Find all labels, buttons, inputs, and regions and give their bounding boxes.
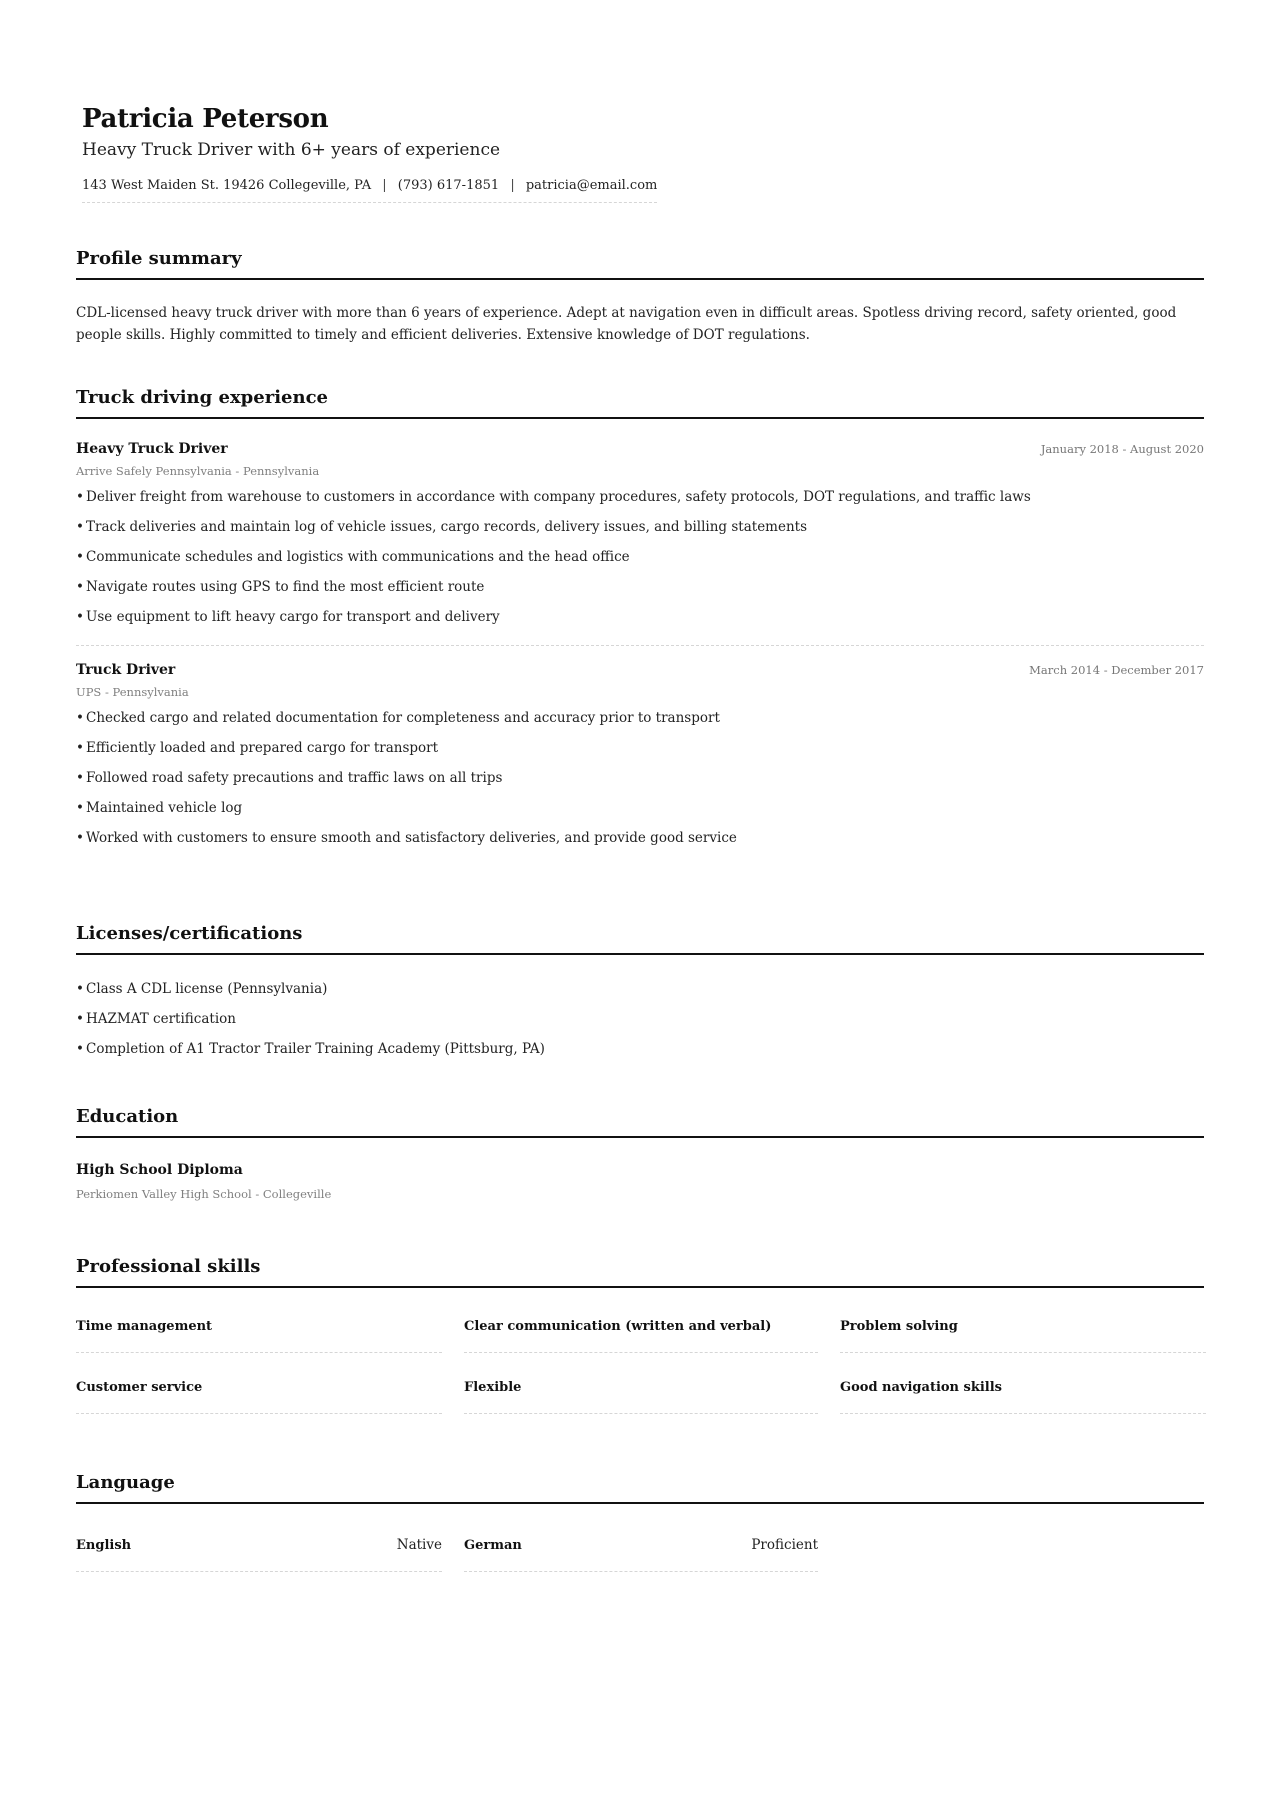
contact-phone[interactable]: (793) 617-1851 bbox=[398, 178, 499, 193]
resume-header: Patricia Peterson Heavy Truck Driver wit… bbox=[82, 102, 682, 203]
education-degree: High School Diploma bbox=[76, 1160, 1204, 1180]
bullet-icon: • bbox=[76, 768, 86, 788]
bullet-icon: • bbox=[76, 1039, 86, 1059]
list-item: •Navigate routes using GPS to find the m… bbox=[76, 577, 1204, 597]
contact-address: 143 West Maiden St. 19426 Collegeville, … bbox=[82, 178, 371, 193]
contact-email[interactable]: patricia@email.com bbox=[526, 178, 658, 193]
language-level: Proficient bbox=[751, 1536, 818, 1554]
bullet-text: Efficiently loaded and prepared cargo fo… bbox=[86, 740, 438, 756]
skill-item: Time management bbox=[76, 1318, 442, 1353]
license-text: Class A CDL license (Pennsylvania) bbox=[86, 981, 327, 997]
list-item: •HAZMAT certification bbox=[76, 1009, 1204, 1029]
language-name: German bbox=[464, 1537, 522, 1555]
bullet-icon: • bbox=[76, 487, 86, 507]
bullet-text: Communicate schedules and logistics with… bbox=[86, 549, 630, 565]
skill-item: Flexible bbox=[464, 1379, 818, 1414]
bullet-text: Use equipment to lift heavy cargo for tr… bbox=[86, 609, 500, 625]
skills-grid: Time management Clear communication (wri… bbox=[76, 1318, 1204, 1414]
bullet-text: Maintained vehicle log bbox=[86, 800, 242, 816]
section-title: Professional skills bbox=[76, 1254, 1204, 1288]
list-item: •Class A CDL license (Pennsylvania) bbox=[76, 979, 1204, 999]
list-item: •Efficiently loaded and prepared cargo f… bbox=[76, 738, 1204, 758]
candidate-headline: Heavy Truck Driver with 6+ years of expe… bbox=[82, 138, 682, 162]
skill-item: Clear communication (written and verbal) bbox=[464, 1318, 818, 1353]
list-item: •Deliver freight from warehouse to custo… bbox=[76, 487, 1204, 507]
language-item: German Proficient bbox=[464, 1536, 818, 1572]
job-bullet-list: •Deliver freight from warehouse to custo… bbox=[76, 487, 1204, 627]
job-bullet-list: •Checked cargo and related documentation… bbox=[76, 708, 1204, 848]
bullet-icon: • bbox=[76, 607, 86, 627]
job-company: UPS - Pennsylvania bbox=[76, 684, 1204, 700]
job-title: Truck Driver bbox=[76, 660, 175, 680]
license-text: Completion of A1 Tractor Trailer Trainin… bbox=[86, 1041, 545, 1057]
section-title: Education bbox=[76, 1104, 1204, 1138]
contact-line: 143 West Maiden St. 19426 Collegeville, … bbox=[82, 176, 657, 203]
job-dates: March 2014 - December 2017 bbox=[1029, 663, 1204, 677]
section-experience: Truck driving experience Heavy Truck Dri… bbox=[76, 385, 1204, 848]
job-company: Arrive Safely Pennsylvania - Pennsylvani… bbox=[76, 463, 1204, 479]
job-dates: January 2018 - August 2020 bbox=[1041, 442, 1204, 456]
list-item: •Track deliveries and maintain log of ve… bbox=[76, 517, 1204, 537]
bullet-text: Track deliveries and maintain log of veh… bbox=[86, 519, 807, 535]
section-language: Language English Native German Proficien… bbox=[76, 1470, 1204, 1572]
bullet-text: Worked with customers to ensure smooth a… bbox=[86, 830, 737, 846]
language-level: Native bbox=[397, 1536, 442, 1554]
education-school: Perkiomen Valley High School - Collegevi… bbox=[76, 1186, 1204, 1202]
section-title: Licenses/certifications bbox=[76, 921, 1204, 955]
bullet-icon: • bbox=[76, 708, 86, 728]
contact-separator: | bbox=[510, 178, 514, 193]
list-item: •Followed road safety precautions and tr… bbox=[76, 768, 1204, 788]
section-title: Profile summary bbox=[76, 246, 1204, 280]
bullet-text: Followed road safety precautions and tra… bbox=[86, 770, 502, 786]
skill-item: Problem solving bbox=[840, 1318, 1206, 1353]
language-name: English bbox=[76, 1537, 131, 1555]
bullet-icon: • bbox=[76, 798, 86, 818]
job-title: Heavy Truck Driver bbox=[76, 439, 228, 459]
bullet-text: Checked cargo and related documentation … bbox=[86, 710, 720, 726]
section-education: Education High School Diploma Perkiomen … bbox=[76, 1104, 1204, 1202]
bullet-icon: • bbox=[76, 979, 86, 999]
bullet-icon: • bbox=[76, 738, 86, 758]
section-title: Language bbox=[76, 1470, 1204, 1504]
section-title: Truck driving experience bbox=[76, 385, 1204, 419]
licenses-list: •Class A CDL license (Pennsylvania) •HAZ… bbox=[76, 979, 1204, 1059]
license-text: HAZMAT certification bbox=[86, 1011, 236, 1027]
bullet-icon: • bbox=[76, 1009, 86, 1029]
list-item: •Communicate schedules and logistics wit… bbox=[76, 547, 1204, 567]
bullet-icon: • bbox=[76, 517, 86, 537]
skill-item: Customer service bbox=[76, 1379, 442, 1414]
candidate-name: Patricia Peterson bbox=[82, 102, 682, 136]
bullet-icon: • bbox=[76, 828, 86, 848]
section-profile-summary: Profile summary CDL-licensed heavy truck… bbox=[76, 246, 1204, 346]
profile-summary-text: CDL-licensed heavy truck driver with mor… bbox=[76, 302, 1204, 346]
job-entry: Truck Driver March 2014 - December 2017 … bbox=[76, 645, 1204, 848]
bullet-text: Navigate routes using GPS to find the mo… bbox=[86, 579, 484, 595]
job-entry: Heavy Truck Driver January 2018 - August… bbox=[76, 439, 1204, 627]
bullet-icon: • bbox=[76, 577, 86, 597]
section-skills: Professional skills Time management Clea… bbox=[76, 1254, 1204, 1414]
language-grid: English Native German Proficient bbox=[76, 1536, 1204, 1572]
list-item: •Use equipment to lift heavy cargo for t… bbox=[76, 607, 1204, 627]
bullet-text: Deliver freight from warehouse to custom… bbox=[86, 489, 1031, 505]
list-item: •Worked with customers to ensure smooth … bbox=[76, 828, 1204, 848]
section-licenses: Licenses/certifications •Class A CDL lic… bbox=[76, 921, 1204, 1059]
skill-item: Good navigation skills bbox=[840, 1379, 1206, 1414]
contact-separator: | bbox=[382, 178, 386, 193]
list-item: •Completion of A1 Tractor Trailer Traini… bbox=[76, 1039, 1204, 1059]
list-item: •Checked cargo and related documentation… bbox=[76, 708, 1204, 728]
language-item: English Native bbox=[76, 1536, 442, 1572]
list-item: •Maintained vehicle log bbox=[76, 798, 1204, 818]
bullet-icon: • bbox=[76, 547, 86, 567]
